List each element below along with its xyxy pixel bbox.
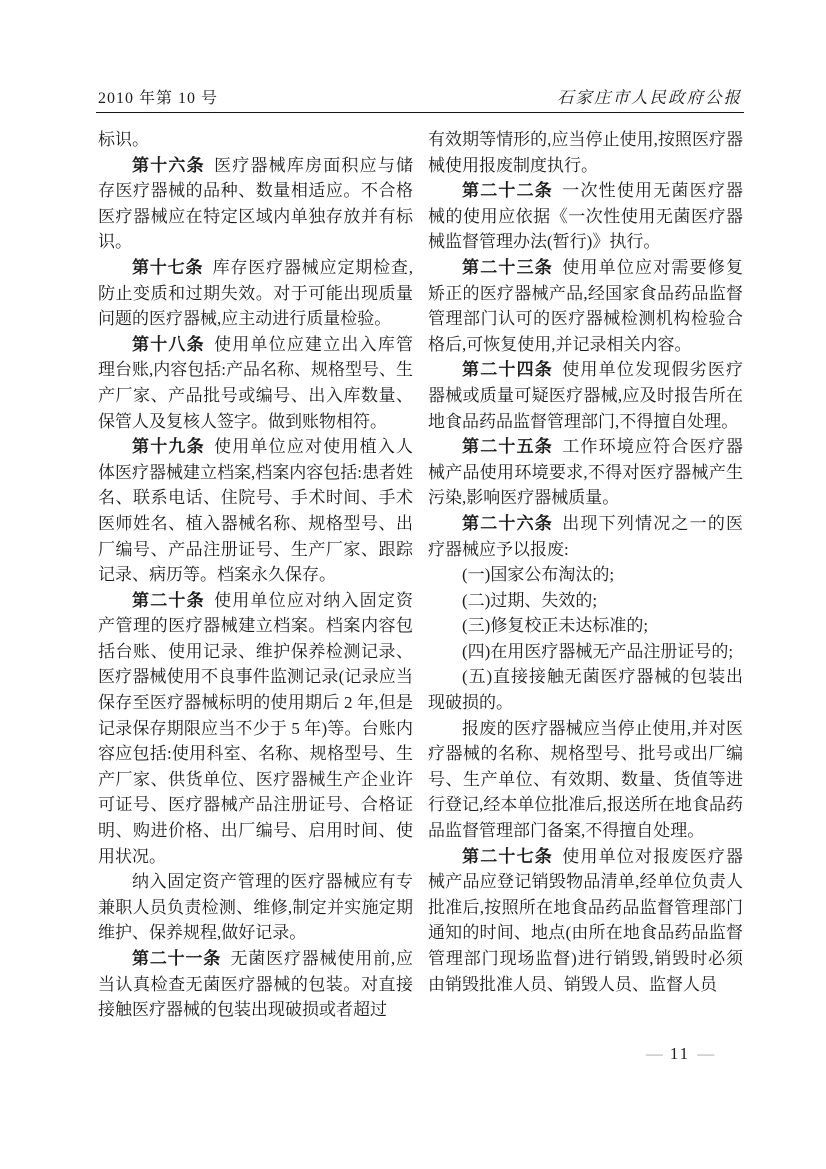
- paragraph-text: 使用单位对报废医疗器械产品应登记销毁物品清单,经单位负责人批准后,按照所在地食品…: [428, 847, 743, 994]
- article-heading: 第二十七条: [462, 847, 553, 866]
- list-item-3: (三)修复校正未达标准的;: [428, 613, 743, 639]
- article-heading: 第十八条: [132, 335, 205, 354]
- list-item-5: (五)直接接触无菌医疗器械的包装出现破损的。: [428, 664, 743, 715]
- paragraph-text: (三)修复校正未达标准的;: [462, 616, 648, 635]
- paragraph-text: 报废的医疗器械应当停止使用,并对医疗器械的名称、规格型号、批号或出厂编号、生产单…: [428, 719, 743, 840]
- article-heading: 第十九条: [132, 437, 205, 456]
- paragraph-article-18: 第十八条使用单位应建立出入库管理台账,内容包括:产品名称、规格型号、生产厂家、产…: [98, 332, 413, 434]
- article-heading: 第二十三条: [462, 258, 553, 277]
- issue-number: 2010 年第 10 号: [98, 85, 218, 108]
- paragraph-text: (一)国家公布淘汰的;: [462, 565, 614, 584]
- right-column: 有效期等情形的,应当停止使用,按照医疗器械使用报废制度执行。 第二十二条一次性使…: [428, 127, 743, 1023]
- paragraph-plain: 报废的医疗器械应当停止使用,并对医疗器械的名称、规格型号、批号或出厂编号、生产单…: [428, 716, 743, 844]
- page-footer: —11—: [628, 1044, 732, 1064]
- list-item-1: (一)国家公布淘汰的;: [428, 562, 743, 588]
- gazette-title: 石家庄市人民政府公报: [557, 84, 742, 108]
- paragraph-article-24: 第二十四条使用单位发现假劣医疗器械或质量可疑医疗器械,应及时报告所在地食品药品监…: [428, 357, 743, 434]
- paragraph-text: (二)过期、失效的;: [462, 591, 597, 610]
- document-page: 2010 年第 10 号 石家庄市人民政府公报 标识。 第十六条医疗器械库房面积…: [0, 0, 826, 1169]
- page-number: 11: [670, 1044, 690, 1063]
- paragraph-article-22: 第二十二条一次性使用无菌医疗器械的使用应依据《一次性使用无菌医疗器械监督管理办法…: [428, 178, 743, 255]
- paragraph-article-17: 第十七条库存医疗器械应定期检查,防止变质和过期失效。对于可能出现质量问题的医疗器…: [98, 255, 413, 332]
- paragraph-text: (五)直接接触无菌医疗器械的包装出现破损的。: [428, 667, 743, 712]
- footer-dash-right: —: [697, 1044, 714, 1063]
- paragraph-article-16: 第十六条医疗器械库房面积应与储存医疗器械的品种、数量相适应。不合格医疗器械应在特…: [98, 153, 413, 255]
- article-heading: 第二十五条: [462, 437, 553, 456]
- paragraph-article-19: 第十九条使用单位应对使用植入人体医疗器械建立档案,档案内容包括:患者姓名、联系电…: [98, 434, 413, 588]
- paragraph-article-26: 第二十六条出现下列情况之一的医疗器械应予以报废:: [428, 511, 743, 562]
- paragraph-text: 有效期等情形的,应当停止使用,按照医疗器械使用报废制度执行。: [428, 130, 743, 175]
- paragraph-text: (四)在用医疗器械无产品注册证号的;: [462, 642, 733, 661]
- footer-dash-left: —: [646, 1044, 663, 1063]
- paragraph-article-21: 第二十一条无菌医疗器械使用前,应当认真检查无菌医疗器械的包装。对直接接触医疗器械…: [98, 946, 413, 1023]
- paragraph-continuation: 标识。: [98, 127, 413, 153]
- paragraph-text: 标识。: [98, 130, 149, 149]
- article-heading: 第二十二条: [462, 181, 553, 200]
- list-item-4: (四)在用医疗器械无产品注册证号的;: [428, 639, 743, 665]
- paragraph-article-25: 第二十五条工作环境应符合医疗器械产品使用环境要求,不得对医疗器械产生污染,影响医…: [428, 434, 743, 511]
- paragraph-text: 使用单位应对使用植入人体医疗器械建立档案,档案内容包括:患者姓名、联系电话、住院…: [98, 437, 413, 584]
- paragraph-text: 使用单位应对纳入固定资产管理的医疗器械建立档案。档案内容包括台账、使用记录、维护…: [98, 591, 413, 866]
- document-body: 标识。 第十六条医疗器械库房面积应与储存医疗器械的品种、数量相适应。不合格医疗器…: [98, 127, 743, 1023]
- article-heading: 第二十四条: [462, 360, 553, 379]
- paragraph-plain: 纳入固定资产管理的医疗器械应有专兼职人员负责检测、维修,制定并实施定期维护、保养…: [98, 869, 413, 946]
- article-heading: 第二十六条: [462, 514, 553, 533]
- article-heading: 第二十一条: [132, 949, 221, 968]
- paragraph-article-20: 第二十条使用单位应对纳入固定资产管理的医疗器械建立档案。档案内容包括台账、使用记…: [98, 588, 413, 870]
- header-divider: [96, 112, 744, 113]
- paragraph-article-23: 第二十三条使用单位应对需要修复矫正的医疗器械产品,经国家食品药品监督管理部门认可…: [428, 255, 743, 357]
- paragraph-continuation: 有效期等情形的,应当停止使用,按照医疗器械使用报废制度执行。: [428, 127, 743, 178]
- article-heading: 第二十条: [132, 591, 205, 610]
- page-header: 2010 年第 10 号 石家庄市人民政府公报: [98, 84, 742, 108]
- article-heading: 第十七条: [132, 258, 203, 277]
- list-item-2: (二)过期、失效的;: [428, 588, 743, 614]
- paragraph-text: 纳入固定资产管理的医疗器械应有专兼职人员负责检测、维修,制定并实施定期维护、保养…: [98, 872, 413, 942]
- left-column: 标识。 第十六条医疗器械库房面积应与储存医疗器械的品种、数量相适应。不合格医疗器…: [98, 127, 413, 1023]
- article-heading: 第十六条: [132, 156, 205, 175]
- paragraph-article-27: 第二十七条使用单位对报废医疗器械产品应登记销毁物品清单,经单位负责人批准后,按照…: [428, 844, 743, 998]
